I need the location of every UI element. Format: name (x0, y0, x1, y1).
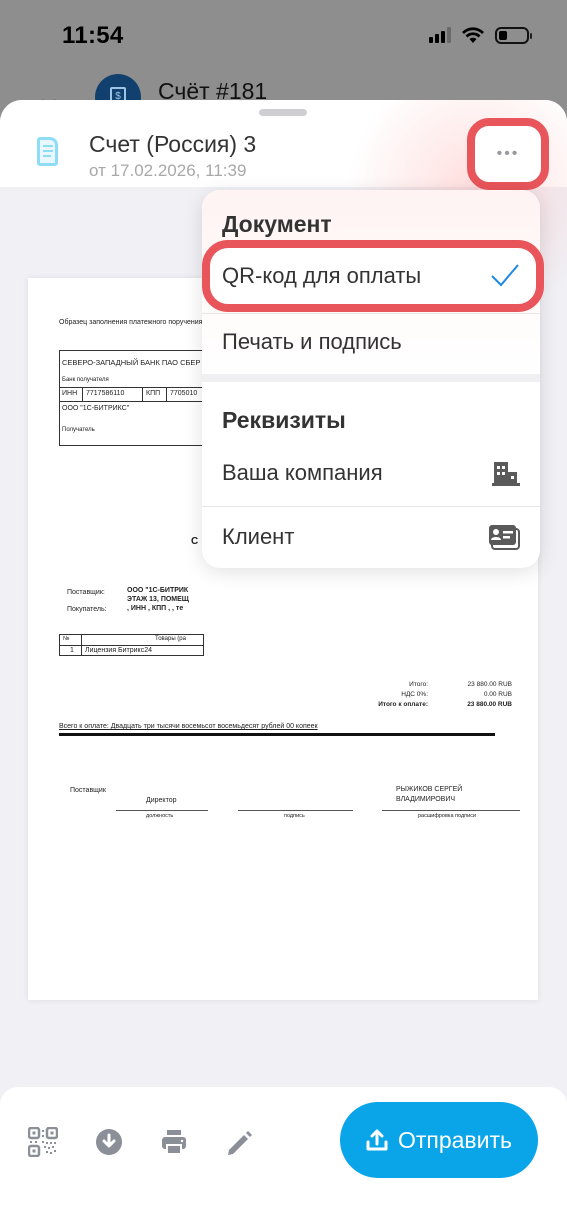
edit-button[interactable] (224, 1127, 254, 1157)
checkmark-icon (490, 262, 520, 288)
doc-sample-label: Образец заполнения платежного поручения (59, 319, 202, 326)
more-icon: ••• (497, 145, 520, 163)
download-button[interactable] (94, 1127, 124, 1157)
qr-code-icon (28, 1127, 58, 1157)
bank-details-box: СЕВЕРО-ЗАПАДНЫЙ БАНК ПАО СБЕР Банк получ… (59, 350, 219, 446)
share-upload-icon (366, 1128, 388, 1152)
print-icon (160, 1128, 188, 1156)
download-icon (95, 1128, 123, 1156)
more-options-button[interactable]: ••• (467, 118, 549, 190)
menu-item-client[interactable]: Клиент (202, 506, 540, 568)
status-bar: 11:54 (0, 0, 567, 70)
menu-item-qr-code[interactable]: QR-код для оплаты (202, 240, 544, 312)
status-time: 11:54 (62, 22, 124, 50)
battery-icon (495, 27, 529, 44)
menu-item-print-sign[interactable]: Печать и подпись (202, 311, 540, 373)
status-icons (429, 26, 529, 44)
print-button[interactable] (159, 1127, 189, 1157)
document-icon (37, 137, 58, 166)
table-row: 1 (70, 647, 74, 654)
menu-section-document: Документ (222, 211, 332, 238)
building-icon (492, 460, 520, 486)
sheet-title: Счет (Россия) 3 (89, 131, 256, 158)
sheet-grabber[interactable] (259, 109, 307, 116)
items-table: № Товары (ра 1 Лицензия Битрикс24 (59, 634, 204, 656)
edit-icon (225, 1128, 253, 1156)
contact-card-icon (488, 524, 520, 550)
send-label: Отправить (398, 1127, 512, 1154)
sheet-header: Счет (Россия) 3 от 17.02.2026, 11:39 ••• (0, 100, 567, 187)
table-row: Лицензия Битрикс24 (85, 647, 152, 654)
qr-code-button[interactable] (28, 1127, 58, 1157)
sheet-subtitle: от 17.02.2026, 11:39 (89, 161, 246, 181)
send-button[interactable]: Отправить (340, 1102, 538, 1178)
menu-section-requisites: Реквизиты (222, 407, 346, 434)
bottom-toolbar: Отправить (0, 1087, 567, 1227)
menu-item-your-company[interactable]: Ваша компания (202, 442, 540, 504)
total-in-words: Всего к оплате: Двадцать три тысячи восе… (59, 723, 318, 730)
signal-icon (429, 27, 451, 43)
wifi-icon (461, 26, 485, 44)
